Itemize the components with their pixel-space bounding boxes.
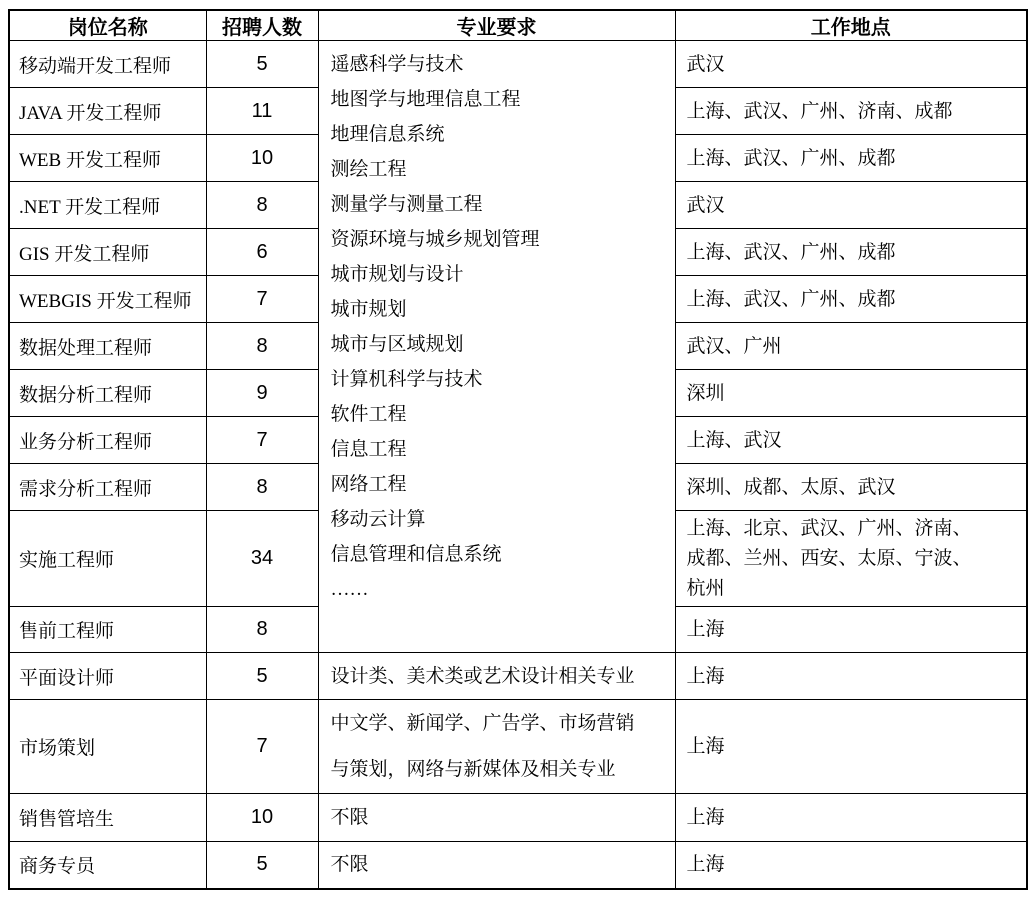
position-cell: 平面设计师 [9,653,206,700]
location-cell: 深圳、成都、太原、武汉 [675,464,1027,511]
major-item: 地理信息系统 [331,117,669,152]
location-cell: 上海 [675,842,1027,889]
major-item: 测绘工程 [331,152,669,187]
location-cell: 上海、武汉、广州、成都 [675,229,1027,276]
count-cell: 5 [206,41,318,88]
position-cell: 市场策划 [9,700,206,794]
count-cell: 8 [206,464,318,511]
count-cell: 7 [206,276,318,323]
major-item: 城市规划 [331,292,669,327]
major-item: 遥感科学与技术 [331,47,669,82]
position-cell: JAVA 开发工程师 [9,88,206,135]
location-cell: 上海、武汉 [675,417,1027,464]
location-text: 上海、北京、武汉、广州、济南、成都、兰州、西安、太原、宁波、杭州 [687,514,989,604]
location-cell: 上海 [675,653,1027,700]
majors-text: 中文学、新闻学、广告学、市场营销与策划，网络与新媒体及相关专业 [331,701,643,793]
position-cell: 需求分析工程师 [9,464,206,511]
header-count: 招聘人数 [206,10,318,41]
position-cell: 售前工程师 [9,607,206,653]
location-cell: 上海 [675,794,1027,842]
major-item: 测量学与测量工程 [331,187,669,222]
location-cell: 上海 [675,700,1027,794]
count-cell: 7 [206,700,318,794]
position-cell: WEBGIS 开发工程师 [9,276,206,323]
count-cell: 11 [206,88,318,135]
position-cell: GIS 开发工程师 [9,229,206,276]
majors-cell: 不限 [318,794,675,842]
majors-ellipsis: …… [331,572,669,607]
count-cell: 8 [206,182,318,229]
position-cell: 数据处理工程师 [9,323,206,370]
majors-merged-cell: 遥感科学与技术 地图学与地理信息工程 地理信息系统 测绘工程 测量学与测量工程 … [318,41,675,653]
count-cell: 5 [206,842,318,889]
major-item: 信息工程 [331,432,669,467]
page: 岗位名称 招聘人数 专业要求 工作地点 移动端开发工程师 5 遥感科学与技术 地… [0,0,1035,899]
location-cell: 上海 [675,607,1027,653]
count-cell: 7 [206,417,318,464]
table-row: 平面设计师 5 设计类、美术类或艺术设计相关专业 上海 [9,653,1027,700]
header-majors: 专业要求 [318,10,675,41]
table-row: 销售管培生 10 不限 上海 [9,794,1027,842]
table-row: 商务专员 5 不限 上海 [9,842,1027,889]
location-cell: 上海、北京、武汉、广州、济南、成都、兰州、西安、太原、宁波、杭州 [675,511,1027,607]
header-position: 岗位名称 [9,10,206,41]
location-cell: 上海、武汉、广州、济南、成都 [675,88,1027,135]
position-cell: 数据分析工程师 [9,370,206,417]
position-cell: 移动端开发工程师 [9,41,206,88]
header-location: 工作地点 [675,10,1027,41]
major-item: 城市规划与设计 [331,257,669,292]
position-cell: 商务专员 [9,842,206,889]
position-cell: 销售管培生 [9,794,206,842]
position-cell: .NET 开发工程师 [9,182,206,229]
major-item: 网络工程 [331,467,669,502]
majors-cell: 设计类、美术类或艺术设计相关专业 [318,653,675,700]
major-item: 软件工程 [331,397,669,432]
location-cell: 上海、武汉、广州、成都 [675,276,1027,323]
position-cell: WEB 开发工程师 [9,135,206,182]
location-cell: 上海、武汉、广州、成都 [675,135,1027,182]
count-cell: 6 [206,229,318,276]
majors-cell: 中文学、新闻学、广告学、市场营销与策划，网络与新媒体及相关专业 [318,700,675,794]
major-item: 资源环境与城乡规划管理 [331,222,669,257]
major-item: 移动云计算 [331,502,669,537]
count-cell: 9 [206,370,318,417]
majors-cell: 不限 [318,842,675,889]
major-item: 城市与区域规划 [331,327,669,362]
major-item: 地图学与地理信息工程 [331,82,669,117]
count-cell: 5 [206,653,318,700]
count-cell: 10 [206,794,318,842]
count-cell: 8 [206,323,318,370]
location-cell: 深圳 [675,370,1027,417]
table-row: 市场策划 7 中文学、新闻学、广告学、市场营销与策划，网络与新媒体及相关专业 上… [9,700,1027,794]
location-cell: 武汉、广州 [675,323,1027,370]
header-row: 岗位名称 招聘人数 专业要求 工作地点 [9,10,1027,41]
recruitment-table: 岗位名称 招聘人数 专业要求 工作地点 移动端开发工程师 5 遥感科学与技术 地… [8,9,1028,890]
table-row: 移动端开发工程师 5 遥感科学与技术 地图学与地理信息工程 地理信息系统 测绘工… [9,41,1027,88]
position-cell: 业务分析工程师 [9,417,206,464]
location-cell: 武汉 [675,182,1027,229]
count-cell: 8 [206,607,318,653]
major-item: 信息管理和信息系统 [331,537,669,572]
major-item: 计算机科学与技术 [331,362,669,397]
position-cell: 实施工程师 [9,511,206,607]
count-cell: 34 [206,511,318,607]
count-cell: 10 [206,135,318,182]
location-cell: 武汉 [675,41,1027,88]
